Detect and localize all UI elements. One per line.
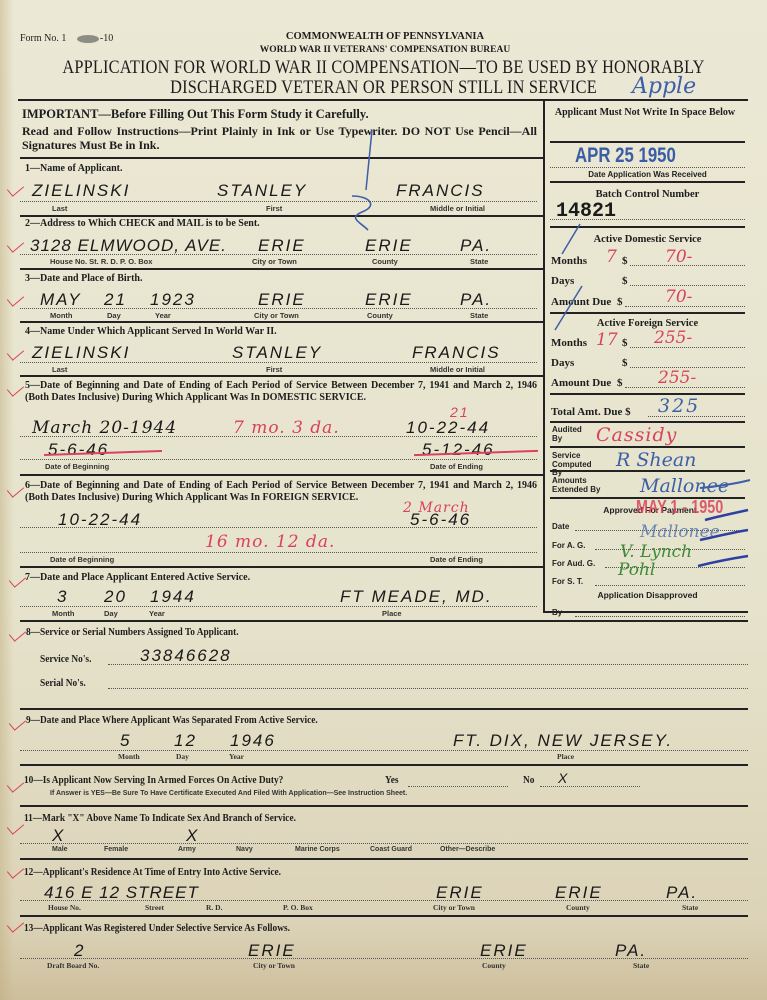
application-form-page: Form No. 1 -10 COMMONWEALTH OF PENNSYLVA… [0, 0, 767, 1000]
pen-strokes [0, 0, 767, 1000]
